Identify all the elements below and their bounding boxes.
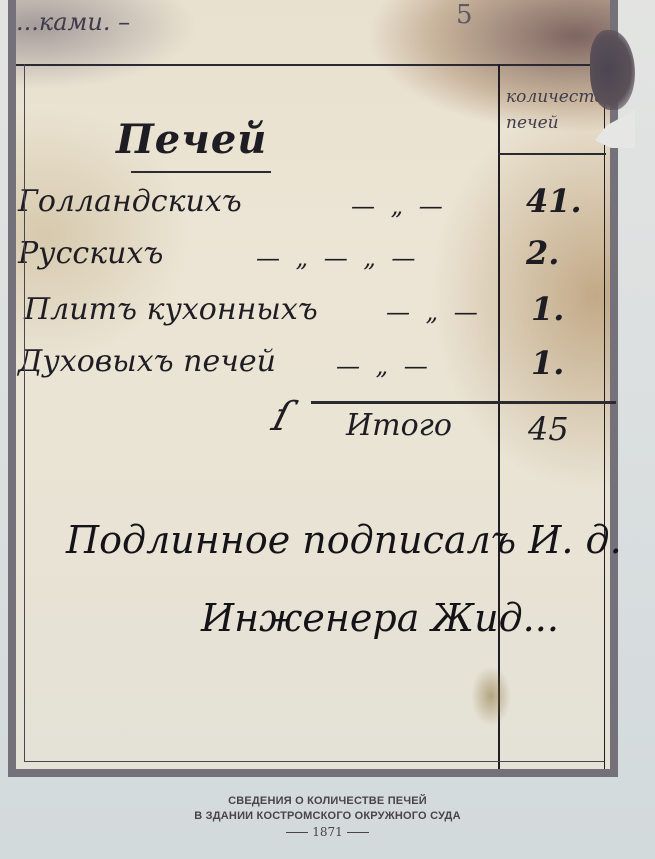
row-label: Духовыхъ печей [18,344,276,379]
title-underline [131,171,271,173]
total-bracket: ſ [263,394,299,440]
caption-year: 1871 [312,825,343,839]
section-title: Печей [116,116,267,163]
table-top-rule [16,64,610,66]
row-quantity: 41. [526,182,582,220]
row-quantity: 1. [531,344,564,382]
total-rule [311,401,616,404]
signature-line-1: Подлинное подписалъ И. д. [66,518,622,562]
column-header: количество печей [506,84,596,136]
row-filler: — „ — „ — [256,244,419,272]
row-label: Русскихъ [18,236,163,271]
column-header-rule [498,153,606,155]
row-label: Плитъ кухонныхъ [24,292,318,327]
row-filler: — „ — [351,192,447,220]
total-quantity: 45 [528,410,569,448]
row-label: Голландскихъ [18,184,242,219]
document-paper: ...ками. – 5 количество печей Печей Голл… [16,0,610,769]
row-filler: — „ — [386,298,482,326]
caption-dash-left [286,832,308,833]
row-filler: — „ — [336,352,432,380]
total-label: Итого [346,408,452,443]
caption-line-1: Сведения о количестве печей [0,795,655,807]
paper-stain [471,666,511,726]
quantity-column-divider [498,64,500,769]
bottom-inner-rule [24,761,604,762]
caption-dash-right [347,832,369,833]
page-number: 5 [456,0,473,30]
top-fragment-text: ...ками. – [16,8,130,36]
caption-line-2: в здании Костромского окружного суда [0,810,655,822]
left-inner-rule [24,64,25,761]
row-quantity: 1. [531,290,564,328]
caption-year-row: 1871 [0,825,655,839]
table-right-rule [604,64,605,769]
signature-line-2: Инженера Жид... [201,596,559,640]
row-quantity: 2. [526,234,559,272]
